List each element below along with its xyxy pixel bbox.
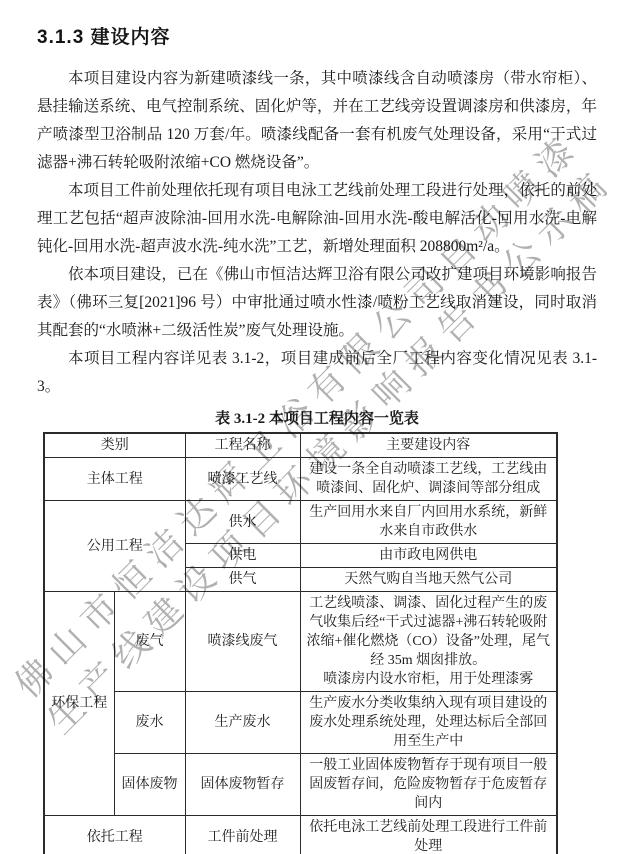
cell-water-name: 供水 xyxy=(185,501,300,544)
cell-exhaust-type: 废气 xyxy=(114,592,185,692)
table-row-env-exhaust: 环保工程 废气 喷漆线废气 工艺线喷漆、调漆、固化过程产生的废气收集后经“干式过… xyxy=(44,592,557,692)
cell-wastewater-content: 生产废水分类收集纳入现有项目建设的废水处理系统处理，处理达标后全部回用至生产中 xyxy=(300,692,557,754)
document-page: 3.1.3 建设内容 本项目建设内容为新建喷漆线一条，其中喷漆线含自动喷漆房（带… xyxy=(0,0,632,854)
cell-main-name: 喷漆工艺线 xyxy=(185,458,300,501)
cell-env-category: 环保工程 xyxy=(44,592,114,816)
header-content: 主要建设内容 xyxy=(300,433,557,458)
table-row-dependent: 依托工程 工件前处理 依托电泳工艺线前处理工段进行工件前处理 xyxy=(44,816,557,854)
cell-water-content: 生产回用水来自厂内回用水系统，新鲜水来自市政供水 xyxy=(300,501,557,544)
paragraph-2: 本项目工件前处理依托现有项目电泳工艺线前处理工段进行处理，依托的前处理工艺包括“… xyxy=(37,177,597,261)
project-content-table: 类别 工程名称 主要建设内容 主体工程 喷漆工艺线 建设一条全自动喷漆工艺线，工… xyxy=(43,432,558,854)
cell-solid-waste-name: 固体废物暂存 xyxy=(185,754,300,816)
cell-power-name: 供电 xyxy=(185,544,300,568)
cell-main-content: 建设一条全自动喷漆工艺线，工艺线由喷漆间、固化炉、调漆间等部分组成 xyxy=(300,458,557,501)
cell-gas-name: 供气 xyxy=(185,568,300,592)
cell-gas-content: 天然气购自当地天然气公司 xyxy=(300,568,557,592)
section-heading: 3.1.3 建设内容 xyxy=(37,22,597,49)
cell-power-content: 由市政电网供电 xyxy=(300,544,557,568)
paragraph-1: 本项目建设内容为新建喷漆线一条，其中喷漆线含自动喷漆房（带水帘柜）、悬挂输送系统… xyxy=(37,65,597,177)
header-category: 类别 xyxy=(44,433,185,458)
cell-wastewater-name: 生产废水 xyxy=(185,692,300,754)
cell-dependent-name: 工件前处理 xyxy=(185,816,300,854)
cell-exhaust-name: 喷漆线废气 xyxy=(185,592,300,692)
table-row-env-wastewater: 废水 生产废水 生产废水分类收集纳入现有项目建设的废水处理系统处理，处理达标后全… xyxy=(44,692,557,754)
cell-exhaust-content: 工艺线喷漆、调漆、固化过程产生的废气收集后经“干式过滤器+沸石转轮吸附浓缩+催化… xyxy=(300,592,557,692)
table-row-env-solid-waste: 固体废物 固体废物暂存 一般工业固体废物暂存于现有项目一般固废暂存间，危险废物暂… xyxy=(44,754,557,816)
header-name: 工程名称 xyxy=(185,433,300,458)
table-title: 表 3.1-2 本项目工程内容一览表 xyxy=(37,407,597,428)
cell-utility-category: 公用工程 xyxy=(44,501,185,592)
cell-wastewater-type: 废水 xyxy=(114,692,185,754)
paragraph-3: 依本项目建设，已在《佛山市恒洁达辉卫浴有限公司改扩建项目环境影响报告表》（佛环三… xyxy=(37,261,597,345)
paragraph-4: 本项目工程内容详见表 3.1-2，项目建成前后全厂工程内容变化情况见表 3.1-… xyxy=(37,345,597,401)
cell-solid-waste-type: 固体废物 xyxy=(114,754,185,816)
table-header-row: 类别 工程名称 主要建设内容 xyxy=(44,433,557,458)
table-row-utility-water: 公用工程 供水 生产回用水来自厂内回用水系统，新鲜水来自市政供水 xyxy=(44,501,557,544)
cell-main-category: 主体工程 xyxy=(44,458,185,501)
cell-solid-waste-content: 一般工业固体废物暂存于现有项目一般固废暂存间，危险废物暂存于危废暂存间内 xyxy=(300,754,557,816)
document-content: 3.1.3 建设内容 本项目建设内容为新建喷漆线一条，其中喷漆线含自动喷漆房（带… xyxy=(37,22,597,854)
table-row-main: 主体工程 喷漆工艺线 建设一条全自动喷漆工艺线，工艺线由喷漆间、固化炉、调漆间等… xyxy=(44,458,557,501)
cell-dependent-content: 依托电泳工艺线前处理工段进行工件前处理 xyxy=(300,816,557,854)
cell-dependent-category: 依托工程 xyxy=(44,816,185,854)
